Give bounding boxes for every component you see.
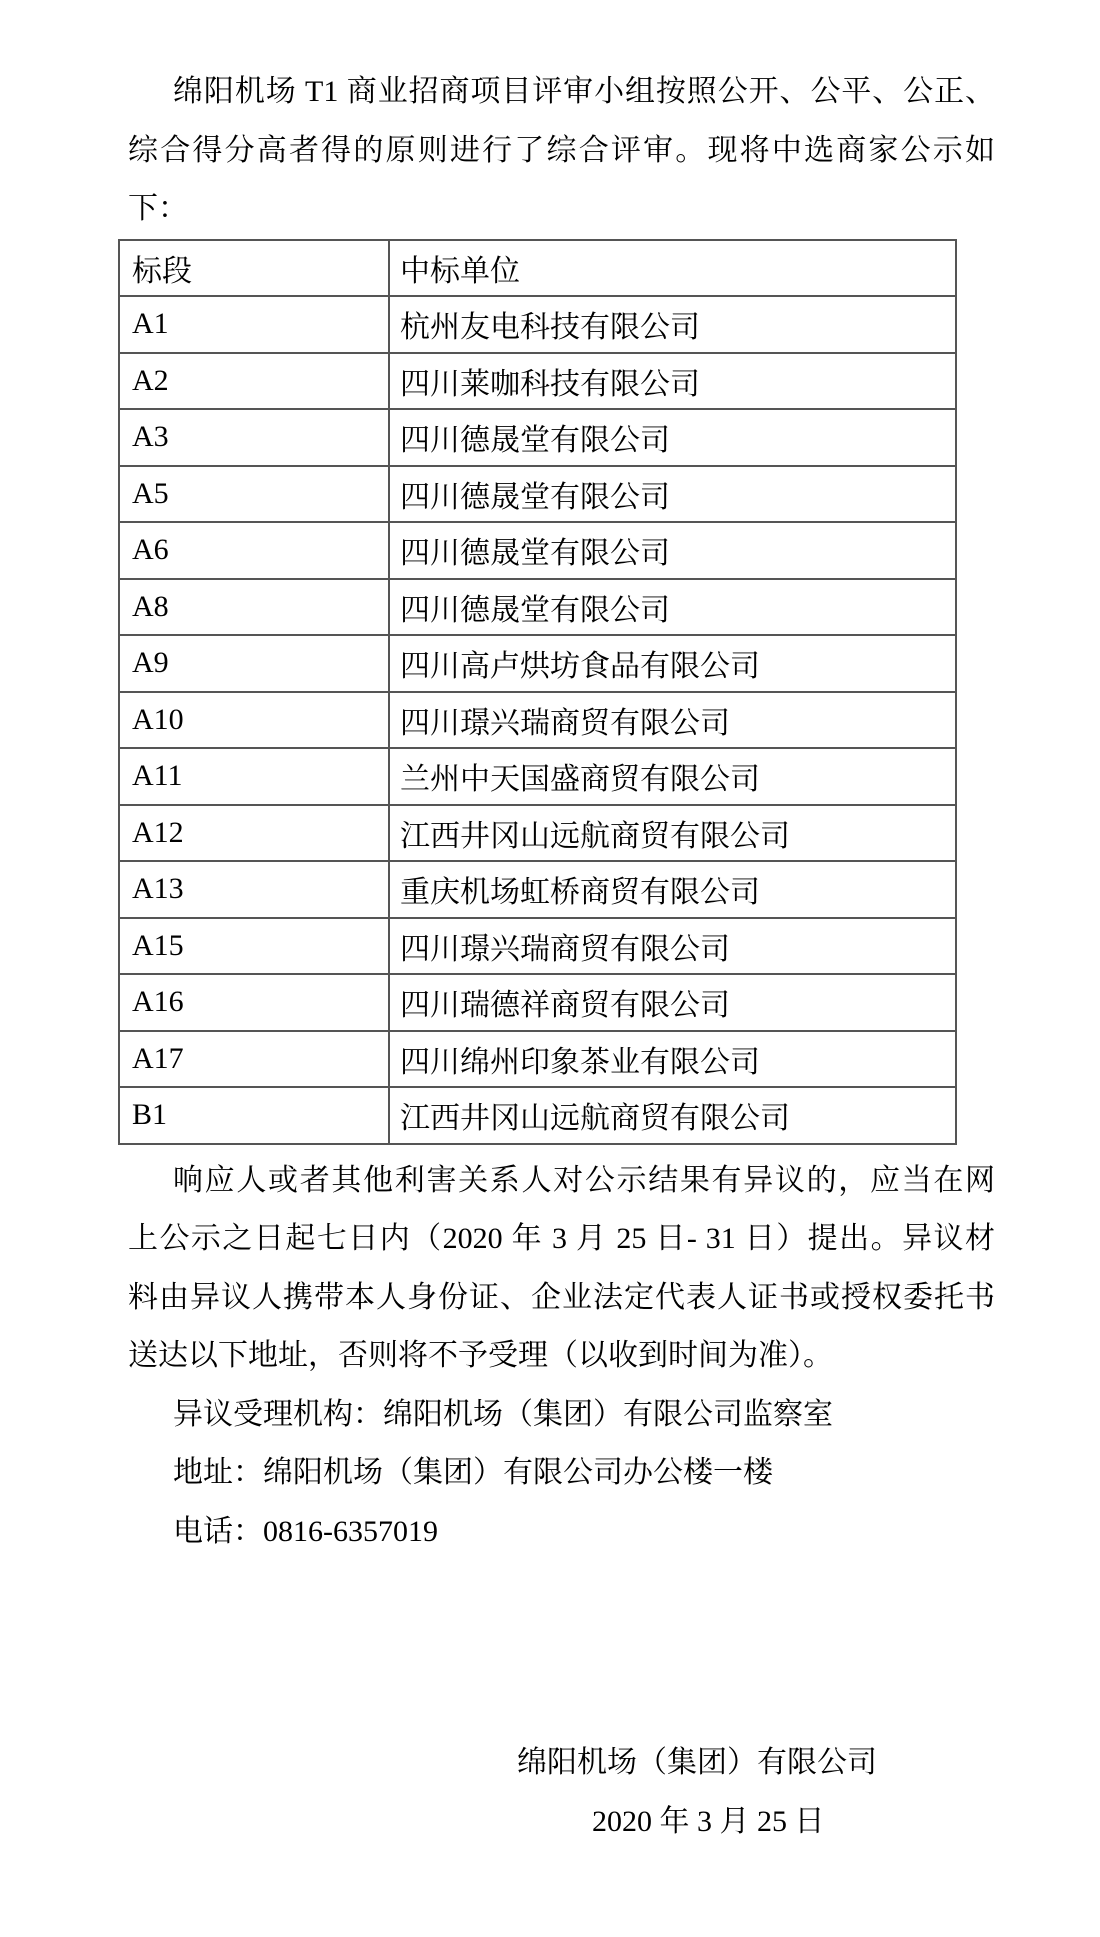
objection-line-4: 送达以下地址，否则将不予受理（以收到时间为准）。 bbox=[128, 1327, 995, 1386]
table-row: A6 四川德晟堂有限公司 bbox=[119, 522, 956, 579]
cell-section: A12 bbox=[119, 805, 389, 862]
cell-section: A9 bbox=[119, 635, 389, 692]
cell-company: 四川德晟堂有限公司 bbox=[389, 579, 956, 636]
table-row: A15 四川璟兴瑞商贸有限公司 bbox=[119, 918, 956, 975]
table-row: A17 四川绵州印象茶业有限公司 bbox=[119, 1031, 956, 1088]
cell-company: 四川瑞德祥商贸有限公司 bbox=[389, 974, 956, 1031]
table-row: A16 四川瑞德祥商贸有限公司 bbox=[119, 974, 956, 1031]
cell-company: 四川德晟堂有限公司 bbox=[389, 409, 956, 466]
table-header-row: 标段 中标单位 bbox=[119, 240, 956, 297]
contact-phone: 电话：0816-6357019 bbox=[128, 1503, 995, 1562]
document-page: 绵阳机场 T1 商业招商项目评审小组按照公开、公平、公正、 综合得分高者得的原则… bbox=[0, 0, 1100, 1937]
cell-section: B1 bbox=[119, 1087, 389, 1144]
intro-line-2: 综合得分高者得的原则进行了综合评审。现将中选商家公示如 bbox=[128, 122, 995, 181]
intro-line-1: 绵阳机场 T1 商业招商项目评审小组按照公开、公平、公正、 bbox=[128, 63, 995, 122]
cell-section: A3 bbox=[119, 409, 389, 466]
cell-section: A1 bbox=[119, 296, 389, 353]
objection-line-2: 上公示之日起七日内（2020 年 3 月 25 日- 31 日）提出。异议材 bbox=[128, 1210, 995, 1269]
objection-line-3: 料由异议人携带本人身份证、企业法定代表人证书或授权委托书 bbox=[128, 1269, 995, 1328]
cell-section: A16 bbox=[119, 974, 389, 1031]
cell-company: 四川莱咖科技有限公司 bbox=[389, 353, 956, 410]
cell-company: 杭州友电科技有限公司 bbox=[389, 296, 956, 353]
signature-date: 2020 年 3 月 25 日 bbox=[128, 1793, 995, 1852]
table-row: A8 四川德晟堂有限公司 bbox=[119, 579, 956, 636]
winners-table: 标段 中标单位 A1 杭州友电科技有限公司 A2 四川莱咖科技有限公司 A3 四… bbox=[118, 239, 957, 1145]
table-row: A2 四川莱咖科技有限公司 bbox=[119, 353, 956, 410]
table-row: A5 四川德晟堂有限公司 bbox=[119, 466, 956, 523]
contact-agency: 异议受理机构：绵阳机场（集团）有限公司监察室 bbox=[128, 1386, 995, 1445]
table-row: A1 杭州友电科技有限公司 bbox=[119, 296, 956, 353]
cell-section: A6 bbox=[119, 522, 389, 579]
table-row: A3 四川德晟堂有限公司 bbox=[119, 409, 956, 466]
cell-company: 四川绵州印象茶业有限公司 bbox=[389, 1031, 956, 1088]
cell-section: A8 bbox=[119, 579, 389, 636]
table-row: A13 重庆机场虹桥商贸有限公司 bbox=[119, 861, 956, 918]
cell-company: 兰州中天国盛商贸有限公司 bbox=[389, 748, 956, 805]
table-row: A12 江西井冈山远航商贸有限公司 bbox=[119, 805, 956, 862]
cell-section: A11 bbox=[119, 748, 389, 805]
table-row: A11 兰州中天国盛商贸有限公司 bbox=[119, 748, 956, 805]
signature-block: 绵阳机场（集团）有限公司 2020 年 3 月 25 日 bbox=[128, 1734, 995, 1851]
intro-line-3: 下： bbox=[128, 180, 995, 239]
cell-company: 四川高卢烘坊食品有限公司 bbox=[389, 635, 956, 692]
intro-paragraph: 绵阳机场 T1 商业招商项目评审小组按照公开、公平、公正、 综合得分高者得的原则… bbox=[128, 63, 995, 239]
cell-section: A17 bbox=[119, 1031, 389, 1088]
cell-section: A10 bbox=[119, 692, 389, 749]
cell-section: A13 bbox=[119, 861, 389, 918]
cell-company: 四川璟兴瑞商贸有限公司 bbox=[389, 692, 956, 749]
table-row: A9 四川高卢烘坊食品有限公司 bbox=[119, 635, 956, 692]
cell-company: 江西井冈山远航商贸有限公司 bbox=[389, 805, 956, 862]
objection-paragraph: 响应人或者其他利害关系人对公示结果有异议的，应当在网 上公示之日起七日内（202… bbox=[128, 1152, 995, 1386]
cell-company: 四川璟兴瑞商贸有限公司 bbox=[389, 918, 956, 975]
cell-company: 江西井冈山远航商贸有限公司 bbox=[389, 1087, 956, 1144]
cell-company: 四川德晟堂有限公司 bbox=[389, 522, 956, 579]
column-header-company: 中标单位 bbox=[389, 240, 956, 297]
table-row: B1 江西井冈山远航商贸有限公司 bbox=[119, 1087, 956, 1144]
cell-company: 重庆机场虹桥商贸有限公司 bbox=[389, 861, 956, 918]
cell-section: A5 bbox=[119, 466, 389, 523]
contact-address: 地址：绵阳机场（集团）有限公司办公楼一楼 bbox=[128, 1444, 995, 1503]
contact-block: 异议受理机构：绵阳机场（集团）有限公司监察室 地址：绵阳机场（集团）有限公司办公… bbox=[128, 1386, 995, 1562]
cell-company: 四川德晟堂有限公司 bbox=[389, 466, 956, 523]
objection-line-1: 响应人或者其他利害关系人对公示结果有异议的，应当在网 bbox=[128, 1152, 995, 1211]
table-row: A10 四川璟兴瑞商贸有限公司 bbox=[119, 692, 956, 749]
cell-section: A15 bbox=[119, 918, 389, 975]
signature-company: 绵阳机场（集团）有限公司 bbox=[128, 1734, 995, 1793]
cell-section: A2 bbox=[119, 353, 389, 410]
column-header-section: 标段 bbox=[119, 240, 389, 297]
